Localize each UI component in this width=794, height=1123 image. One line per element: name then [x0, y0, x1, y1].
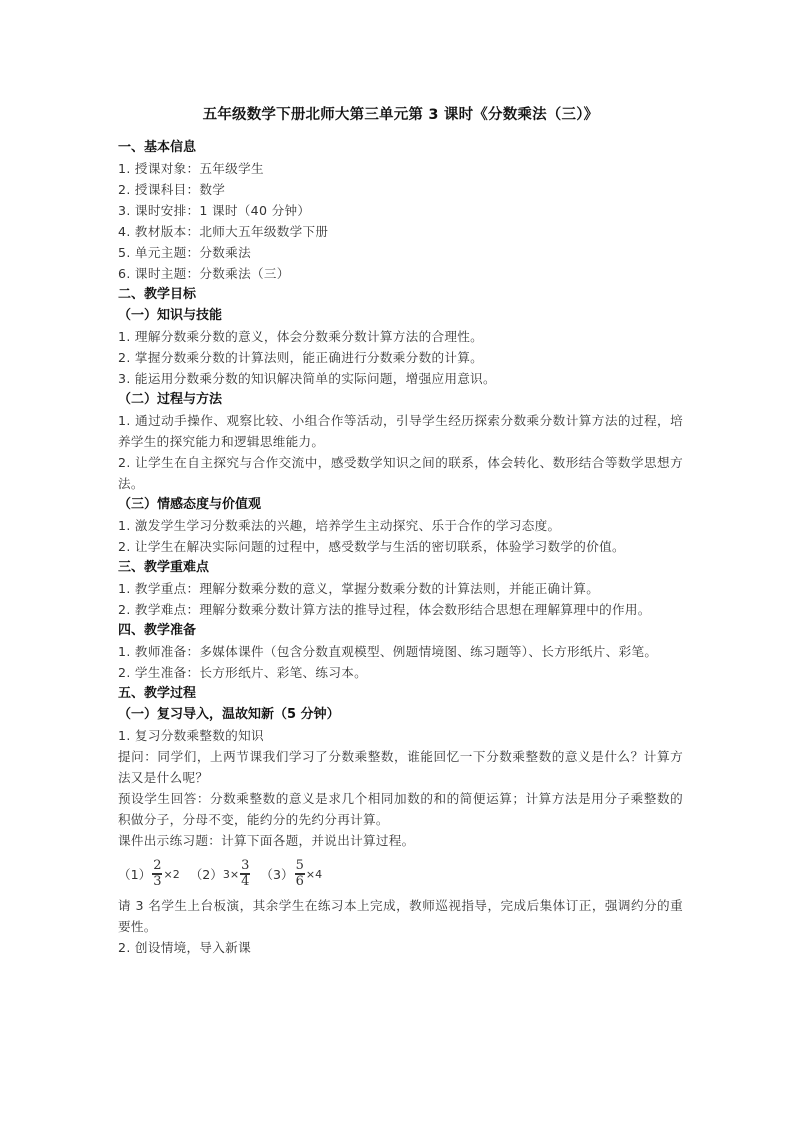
step-label: 1. 复习分数乘整数的知识	[118, 725, 683, 746]
section-heading-objectives: 二、教学目标	[118, 284, 683, 305]
denominator: 4	[241, 875, 249, 889]
section-heading-process: 五、教学过程	[118, 683, 683, 704]
list-item: 2. 学生准备：长方形纸片、彩笔、练习本。	[118, 662, 683, 683]
exercise-instructions: 请 3 名学生上台板演，其余学生在练习本上完成，教师巡视指导，完成后集体订正，强…	[118, 895, 683, 937]
list-item: 2. 授课科目：数学	[118, 179, 683, 200]
section-heading-basic-info: 一、基本信息	[118, 137, 683, 158]
subsection-heading-review: （一）复习导入，温故知新（5 分钟）	[118, 704, 683, 725]
list-item: 2. 掌握分数乘分数的计算法则，能正确进行分数乘分数的计算。	[118, 347, 683, 368]
list-item: 1. 教师准备：多媒体课件（包含分数直观模型、例题情境图、练习题等）、长方形纸片…	[118, 641, 683, 662]
list-item: 2. 教学难点：理解分数乘分数计算方法的推导过程，体会数形结合思想在理解算理中的…	[118, 599, 683, 620]
denominator: 6	[296, 875, 304, 889]
subsection-heading-attitude: （三）情感态度与价值观	[118, 494, 683, 515]
operand: ×2	[163, 864, 179, 885]
denominator: 3	[153, 875, 161, 889]
exercise-label: （3）	[260, 864, 293, 885]
subsection-heading-process: （二）过程与方法	[118, 389, 683, 410]
list-item: 1. 通过动手操作、观察比较、小组合作等活动，引导学生经历探索分数乘分数计算方法…	[118, 410, 683, 452]
numerator: 5	[295, 859, 305, 875]
list-item: 3. 能运用分数乘分数的知识解决简单的实际问题，增强应用意识。	[118, 368, 683, 389]
document-title: 五年级数学下册北师大第三单元第 3 课时《分数乘法（三）》	[118, 104, 683, 126]
exercise-label: （1）	[118, 864, 151, 885]
section-heading-key-points: 三、教学重难点	[118, 557, 683, 578]
list-item: 2. 让学生在解决实际问题的过程中，感受数学与生活的密切联系，体验学习数学的价值…	[118, 536, 683, 557]
operand: ×4	[306, 864, 322, 885]
list-item: 2. 让学生在自主探究与合作交流中，感受数学知识之间的联系，体会转化、数形结合等…	[118, 452, 683, 494]
numerator: 2	[152, 859, 162, 875]
exercise-intro: 课件出示练习题：计算下面各题，并说出计算过程。	[118, 830, 683, 851]
step-label: 2. 创设情境，导入新课	[118, 937, 683, 958]
list-item: 6. 课时主题：分数乘法（三）	[118, 263, 683, 284]
list-item: 1. 授课对象：五年级学生	[118, 158, 683, 179]
numerator: 3	[240, 859, 250, 875]
document-page: 五年级数学下册北师大第三单元第 3 课时《分数乘法（三）》 一、基本信息 1. …	[118, 104, 683, 958]
list-item: 1. 理解分数乘分数的意义，体会分数乘分数计算方法的合理性。	[118, 326, 683, 347]
list-item: 3. 课时安排：1 课时（40 分钟）	[118, 200, 683, 221]
exercise-label: （2）	[190, 864, 223, 885]
list-item: 5. 单元主题：分数乘法	[118, 242, 683, 263]
list-item: 1. 教学重点：理解分数乘分数的意义，掌握分数乘分数的计算法则，并能正确计算。	[118, 578, 683, 599]
section-heading-preparation: 四、教学准备	[118, 620, 683, 641]
teacher-question: 提问：同学们，上两节课我们学习了分数乘整数，谁能回忆一下分数乘整数的意义是什么？…	[118, 746, 683, 788]
fraction: 3 4	[240, 859, 250, 889]
fraction: 2 3	[152, 859, 162, 889]
exercise-formulas: （1） 2 3 ×2 （2） 3× 3 4 （3） 5 6 ×4	[118, 853, 683, 895]
operand: 3×	[223, 864, 239, 885]
list-item: 1. 激发学生学习分数乘法的兴趣，培养学生主动探究、乐于合作的学习态度。	[118, 515, 683, 536]
student-answer: 预设学生回答：分数乘整数的意义是求几个相同加数的和的简便运算；计算方法是用分子乘…	[118, 788, 683, 830]
subsection-heading-knowledge: （一）知识与技能	[118, 305, 683, 326]
fraction: 5 6	[295, 859, 305, 889]
list-item: 4. 教材版本：北师大五年级数学下册	[118, 221, 683, 242]
